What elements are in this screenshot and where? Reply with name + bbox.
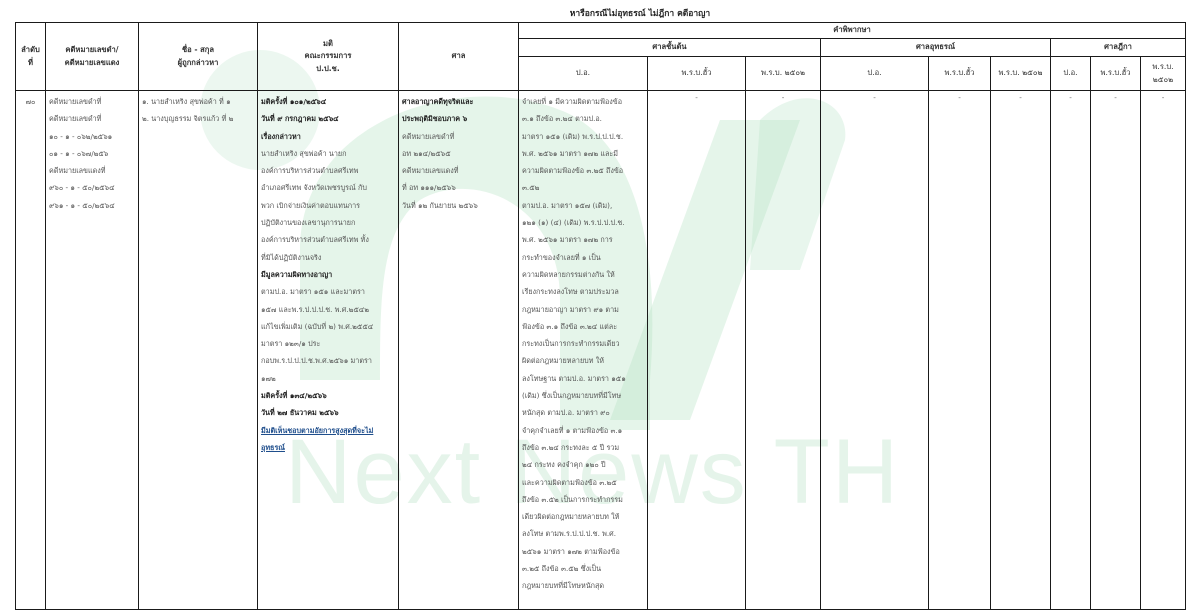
resolution-line: เรื่องกล่าวหา xyxy=(261,128,395,145)
case-number-line: ๑๐ - ๑ - ๐๖๒/๒๕๖๑ xyxy=(49,128,135,145)
header-appeal-bid: พ.ร.บ.ฮั้ว xyxy=(929,57,991,91)
verdict-line: กระทำของจำเลยที่ ๑ เป็น xyxy=(522,249,644,266)
header-resolution-line2: คณะกรรมการ xyxy=(258,50,398,62)
verdict-line: กระทงเป็นการกระทำกรรมเดียว xyxy=(522,335,644,352)
header-case-number: คดีหมายเลขดำ/ คดีหมายเลขแดง xyxy=(46,23,139,91)
header-supreme-2502-line2: ๒๕๐๒ xyxy=(1141,74,1185,86)
cell-case-number: คดีหมายเลขดำที่คดีหมายเลขดำที่๑๐ - ๑ - ๐… xyxy=(46,91,139,610)
header-appeal-court: ศาลอุทธรณ์ xyxy=(821,39,1051,57)
verdict-line: ถึงข้อ ๓.๕๒ เป็นการกระทำกรรม xyxy=(522,491,644,508)
empty-mark: - xyxy=(929,91,990,102)
header-supreme-2502: พ.ร.บ. ๒๕๐๒ xyxy=(1141,57,1186,91)
verdict-line: กฎหมายอาญา มาตรา ๙๑ ตาม xyxy=(522,301,644,318)
resolution-line: กอบพ.ร.ป.ป.ป.ช.พ.ศ.๒๕๖๑ มาตรา xyxy=(261,352,395,369)
resolution-line: อำเภอศรีเทพ จังหวัดเพชรบูรณ์ กับ xyxy=(261,179,395,196)
header-supreme-court: ศาลฎีกา xyxy=(1051,39,1186,57)
empty-mark: - xyxy=(648,91,745,102)
verdict-line: หนักสุด ตามป.อ. มาตรา ๙๐ xyxy=(522,404,644,421)
resolution-line: มีมูลความผิดทางอาญา xyxy=(261,266,395,283)
empty-mark: - xyxy=(1141,91,1185,102)
court-line: คดีหมายเลขแดงที่ xyxy=(402,162,515,179)
cell-order: ๗๐ xyxy=(16,91,46,610)
case-number-line: ๐๑ - ๑ - ๐๖๗/๒๕๖ xyxy=(49,145,135,162)
court-lines: ศาลอาญาคดีทุจริตและประพฤติมิชอบภาค ๖คดีห… xyxy=(399,91,518,216)
case-number-line: คดีหมายเลขแดงที่ xyxy=(49,162,135,179)
case-number-line: คดีหมายเลขดำที่ xyxy=(49,93,135,110)
verdict-line: จำคุกจำเลยที่ ๑ ตามฟ้องข้อ ๓.๑ xyxy=(522,422,644,439)
verdict-line: ๒๔ กระทง คงจำคุก ๑๒๐ ปี xyxy=(522,456,644,473)
document-title: หารือกรณีไม่อุทธรณ์ ไม่ฎีกา คดีอาญา xyxy=(0,6,1200,20)
cell-court: ศาลอาญาคดีทุจริตและประพฤติมิชอบภาค ๖คดีห… xyxy=(399,91,519,610)
header-appeal-2502: พ.ร.บ. ๒๕๐๒ xyxy=(991,57,1051,91)
empty-mark: - xyxy=(1091,91,1140,102)
verdict-line: ๓.๑ ถึงข้อ ๓.๒๔ ตามป.อ. xyxy=(522,110,644,127)
court-line: อท ๒๑๔/๒๕๖๕ xyxy=(402,145,515,162)
verdict-line: ๒๕๖๑ มาตรา ๑๗๒ ตามฟ้องข้อ xyxy=(522,543,644,560)
accused-name-lines: ๑. นายสำเหริง สุขพ่อค้า ที่ ๑๒. นางบุญธร… xyxy=(139,91,257,130)
cell-supreme-bid: - xyxy=(1091,91,1141,610)
resolution-line: ปฏิบัติงานของเลขานุการนายก xyxy=(261,214,395,231)
case-table: ลำดับ ที่ คดีหมายเลขดำ/ คดีหมายเลขแดง ชื… xyxy=(15,22,1186,610)
verdict-line: จำเลยที่ ๑ มีความผิดตามฟ้องข้อ xyxy=(522,93,644,110)
table-row: ๗๐ คดีหมายเลขดำที่คดีหมายเลขดำที่๑๐ - ๑ … xyxy=(16,91,1186,610)
cell-supreme-po: - xyxy=(1051,91,1091,610)
court-line: ศาลอาญาคดีทุจริตและ xyxy=(402,93,515,110)
verdict-line: ลงโทษ ตามพ.ร.ป.ป.ป.ช. พ.ศ. xyxy=(522,525,644,542)
resolution-line: องค์การบริหารส่วนตำบลศรีเทพ xyxy=(261,162,395,179)
verdict-line: ความผิดหลายกรรมต่างกัน ให้ xyxy=(522,266,644,283)
header-order-line1: ลำดับ xyxy=(16,44,45,56)
verdict-line: เดียวผิดต่อกฎหมายหลายบท ให้ xyxy=(522,508,644,525)
header-order-line2: ที่ xyxy=(16,57,45,69)
header-order: ลำดับ ที่ xyxy=(16,23,46,91)
resolution-line: องค์การบริหารส่วนตำบลศรีเทพ ทั้ง xyxy=(261,231,395,248)
resolution-line: ที่มิได้ปฏิบัติงานจริง xyxy=(261,249,395,266)
resolution-line: อุทธรณ์ xyxy=(261,439,395,456)
case-number-lines: คดีหมายเลขดำที่คดีหมายเลขดำที่๑๐ - ๑ - ๐… xyxy=(46,91,138,216)
verdict-line: ถึงข้อ ๓.๒๔ กระทงละ ๕ ปี รวม xyxy=(522,439,644,456)
cell-appeal-2502: - xyxy=(991,91,1051,610)
cell-name: ๑. นายสำเหริง สุขพ่อค้า ที่ ๑๒. นางบุญธร… xyxy=(139,91,258,610)
case-number-line: คดีหมายเลขดำที่ xyxy=(49,110,135,127)
verdict-line: กฎหมายบทที่มีโทษหนักสุด xyxy=(522,577,644,594)
header-first-instance: ศาลชั้นต้น xyxy=(519,39,821,57)
case-number-line: ๙๖๑ - ๑ - ๕๐/๒๕๖๔ xyxy=(49,197,135,214)
cell-first-po: จำเลยที่ ๑ มีความผิดตามฟ้องข้อ ๓.๑ ถึงข้… xyxy=(519,91,648,610)
verdict-line: (เดิม) ซึ่งเป็นกฎหมายบทที่มีโทษ xyxy=(522,387,644,404)
verdict-line: ๓.๕๒ xyxy=(522,179,644,196)
resolution-line: แก้ไขเพิ่มเติม (ฉบับที่ ๒) พ.ศ.๒๕๕๔ xyxy=(261,318,395,335)
resolution-line: วันที่ ๒๗ ธันวาคม ๒๕๖๖ xyxy=(261,404,395,421)
header-supreme-bid: พ.ร.บ.ฮั้ว xyxy=(1091,57,1141,91)
header-case-line2: คดีหมายเลขแดง xyxy=(46,57,138,69)
court-line: ที่ อท ๑๑๑/๒๕๖๖ xyxy=(402,179,515,196)
verdict-line: ลงโทษฐาน ตามป.อ. มาตรา ๑๕๑ xyxy=(522,370,644,387)
resolution-line: พวก เบิกจ่ายเงินค่าตอบแทนการ xyxy=(261,197,395,214)
cell-first-bid: - xyxy=(648,91,746,610)
verdict-line: ฟ้องข้อ ๓.๑ ถึงข้อ ๓.๒๔ แต่ละ xyxy=(522,318,644,335)
verdict-line: พ.ศ. ๒๕๖๑ มาตรา ๑๗๒ การ xyxy=(522,231,644,248)
header-court: ศาล xyxy=(399,23,519,91)
header-resolution-line3: ป.ป.ช. xyxy=(258,63,398,75)
empty-mark: - xyxy=(991,91,1050,102)
cell-appeal-po: - xyxy=(821,91,929,610)
header-supreme-2502-line1: พ.ร.บ. xyxy=(1141,61,1185,73)
empty-mark: - xyxy=(1051,91,1090,102)
empty-mark: - xyxy=(746,91,820,102)
header-first-bid: พ.ร.บ.ฮั้ว xyxy=(648,57,746,91)
resolution-line: มีมติเห็นชอบตามอัยการสูงสุดที่จะไม่ xyxy=(261,422,395,439)
verdict-line: ๓.๒๕ ถึงข้อ ๓.๕๒ ซึ่งเป็น xyxy=(522,560,644,577)
header-case-line1: คดีหมายเลขดำ/ xyxy=(46,44,138,56)
cell-first-2502: - xyxy=(746,91,821,610)
header-resolution: มติ คณะกรรมการ ป.ป.ช. xyxy=(258,23,399,91)
court-line: ประพฤติมิชอบภาค ๖ xyxy=(402,110,515,127)
empty-mark: - xyxy=(821,91,928,102)
resolution-line: ตามป.อ. มาตรา ๑๕๑ และมาตรา xyxy=(261,283,395,300)
verdict-line: ความผิดตามฟ้องข้อ ๓.๒๕ ถึงข้อ xyxy=(522,162,644,179)
header-supreme-po: ป.อ. xyxy=(1051,57,1091,91)
cell-appeal-bid: - xyxy=(929,91,991,610)
header-judgment: คำพิพากษา xyxy=(519,23,1186,39)
header-name-line2: ผู้ถูกกล่าวหา xyxy=(139,57,257,69)
verdict-line: และความผิดตามฟ้องข้อ ๓.๒๕ xyxy=(522,474,644,491)
verdict-line: ผิดต่อกฎหมายหลายบท ให้ xyxy=(522,352,644,369)
resolution-line: มาตรา ๑๒๓/๑ ประ xyxy=(261,335,395,352)
verdict-line: ตามป.อ. มาตรา ๑๕๗ (เดิม), xyxy=(522,197,644,214)
verdict-line: พ.ศ. ๒๕๖๑ มาตรา ๑๗๒ และมี xyxy=(522,145,644,162)
accused-name-line: ๒. นางบุญธรรม จิตรแก้ว ที่ ๒ xyxy=(142,110,254,127)
resolution-line: นายสำเหริง สุขพ่อค้า นายก xyxy=(261,145,395,162)
header-resolution-line1: มติ xyxy=(258,38,398,50)
court-line: วันที่ ๑๒ กันยายน ๒๕๖๖ xyxy=(402,197,515,214)
court-line: คดีหมายเลขดำที่ xyxy=(402,128,515,145)
resolution-line: มติครั้งที่ ๑๐๑/๒๕๖๔ xyxy=(261,93,395,110)
header-name: ชื่อ - สกุล ผู้ถูกกล่าวหา xyxy=(139,23,258,91)
resolution-line: ๑๕๗ และพ.ร.ป.ป.ป.ช. พ.ศ.๒๕๔๒ xyxy=(261,301,395,318)
resolution-line: วันที่ ๙ กรกฎาคม ๒๕๖๔ xyxy=(261,110,395,127)
first-instance-po-lines: จำเลยที่ ๑ มีความผิดตามฟ้องข้อ ๓.๑ ถึงข้… xyxy=(519,91,647,597)
header-name-line1: ชื่อ - สกุล xyxy=(139,44,257,56)
header-first-2502: พ.ร.บ. ๒๕๐๒ xyxy=(746,57,821,91)
verdict-line: เรียงกระทงลงโทษ ตามประมวล xyxy=(522,283,644,300)
cell-supreme-2502: - xyxy=(1141,91,1186,610)
cell-resolution: มติครั้งที่ ๑๐๑/๒๕๖๔วันที่ ๙ กรกฎาคม ๒๕๖… xyxy=(258,91,399,610)
header-first-po: ป.อ. xyxy=(519,57,648,91)
accused-name-line: ๑. นายสำเหริง สุขพ่อค้า ที่ ๑ xyxy=(142,93,254,110)
order-value: ๗๐ xyxy=(16,91,45,112)
resolution-line: ๑๗๒ xyxy=(261,370,395,387)
header-appeal-po: ป.อ. xyxy=(821,57,929,91)
verdict-line: ๑๒๑ (๑) (๔) (เดิม) พ.ร.ป.ป.ป.ช. xyxy=(522,214,644,231)
verdict-line: มาตรา ๑๕๑ (เดิม) พ.ร.ป.ป.ป.ช. xyxy=(522,128,644,145)
resolution-line: มติครั้งที่ ๑๓๔/๒๕๖๖ xyxy=(261,387,395,404)
resolution-lines: มติครั้งที่ ๑๐๑/๒๕๖๔วันที่ ๙ กรกฎาคม ๒๕๖… xyxy=(258,91,398,458)
case-number-line: ๙๖๐ - ๑ - ๕๐/๒๕๖๔ xyxy=(49,179,135,196)
